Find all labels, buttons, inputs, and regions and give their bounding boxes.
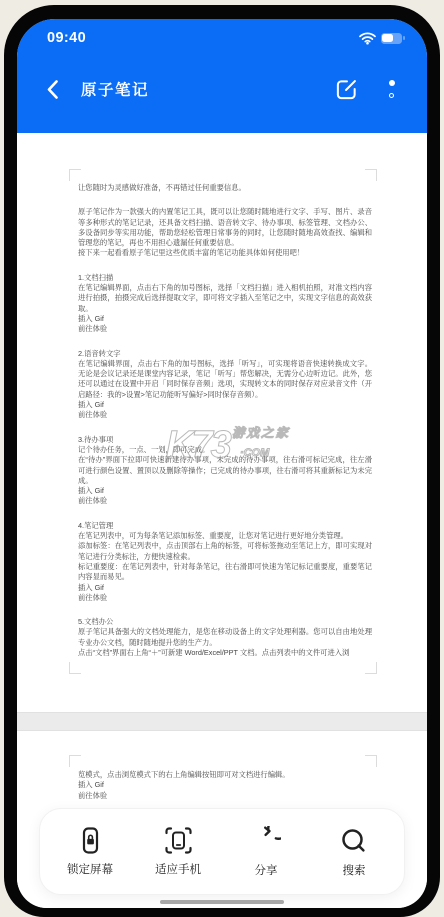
document-viewer[interactable]: 让您随时为灵感做好准备，不再错过任何重要信息。原子笔记作为一款强大的内置笔记工具… xyxy=(17,133,427,908)
nav-bar: 原子笔记 xyxy=(17,73,427,105)
doc-line xyxy=(78,193,372,207)
home-indicator[interactable] xyxy=(160,900,284,904)
toolbar-item-label: 搜索 xyxy=(343,862,366,878)
page-title: 原子笔记 xyxy=(81,78,149,100)
doc-line: 点击“文档”界面右上角“＋”可新建 Word/Excel/PPT 文档。点击列表… xyxy=(78,648,372,658)
page1-margin-mark xyxy=(365,169,377,181)
doc-line: 添加标签：在笔记列表中，点击顶部右上角的标签，可将标签拖动至笔记上方，即可实现对… xyxy=(78,541,372,562)
back-chevron-icon xyxy=(47,80,58,99)
toolbar-item-label: 锁定屏幕 xyxy=(67,861,113,877)
doc-line: 览模式，点击浏览模式下的右上角编辑按钮即可对文档进行编辑。 xyxy=(78,770,372,780)
doc-line: 记个待办任务，一点、一划，即可完成。 xyxy=(78,445,372,455)
page-gap-band xyxy=(17,712,427,731)
page1-margin-mark xyxy=(69,169,81,181)
doc-line: 4.笔记管理 xyxy=(78,521,372,531)
doc-line: 在笔记编辑界面，点击右下角的加号图标，选择「听写」，可实现将语音快速转换成文字。… xyxy=(78,359,372,400)
doc-line: 前往体验 xyxy=(78,496,372,506)
page1-margin-mark xyxy=(69,662,81,674)
doc-line xyxy=(78,335,372,349)
lock-screen-icon xyxy=(76,826,105,855)
battery-nub xyxy=(403,36,405,40)
more-menu-icon xyxy=(389,80,395,86)
wifi-icon xyxy=(359,32,376,45)
doc-line: 接下来一起看看原子笔记里这些优质丰富的笔记功能具体如何使用吧！ xyxy=(78,248,372,258)
doc-line xyxy=(78,421,372,435)
bottom-toolbar: 锁定屏幕 适应手机 分享 xyxy=(39,808,405,895)
doc-line: 插入 Gif xyxy=(78,314,372,324)
toolbar-item-label: 适应手机 xyxy=(155,861,201,877)
edit-note-button[interactable] xyxy=(335,78,358,101)
doc-line: 2.语音转文字 xyxy=(78,349,372,359)
search-button[interactable]: 搜索 xyxy=(310,826,398,878)
doc-line: 1.文档扫描 xyxy=(78,273,372,283)
doc-line xyxy=(78,507,372,521)
more-menu-button[interactable] xyxy=(389,80,395,98)
share-icon xyxy=(251,826,281,856)
doc-line xyxy=(78,259,372,273)
doc-line: 插入 Gif xyxy=(78,400,372,410)
edit-compose-icon xyxy=(335,78,358,101)
page-1: 让您随时为灵感做好准备，不再错过任何重要信息。原子笔记作为一款强大的内置笔记工具… xyxy=(78,183,372,658)
more-menu-icon xyxy=(389,93,394,98)
doc-line: 插入 Gif xyxy=(78,486,372,496)
doc-line: 前往体验 xyxy=(78,593,372,603)
share-button[interactable]: 分享 xyxy=(222,826,310,878)
back-button[interactable] xyxy=(47,80,58,99)
doc-line: 前往体验 xyxy=(78,410,372,420)
lock-screen-button[interactable]: 锁定屏幕 xyxy=(46,826,134,877)
status-icons xyxy=(359,32,402,45)
doc-line: 原子笔记作为一款强大的内置笔记工具，既可以让您随时随地进行文字、手写、图片、录音… xyxy=(78,207,372,248)
doc-line: 让您随时为灵感做好准备，不再错过任何重要信息。 xyxy=(78,183,372,193)
doc-line: 在笔记列表中，可为每条笔记添加标签、重要度，让您对笔记进行更好地分类管理。 xyxy=(78,531,372,541)
page2-margin-mark xyxy=(69,755,81,767)
doc-line: 插入 Gif xyxy=(78,780,372,790)
search-icon xyxy=(339,826,369,856)
battery-fill xyxy=(382,34,393,42)
page1-margin-mark xyxy=(365,662,377,674)
app-header: 09:40 xyxy=(17,19,427,133)
fit-phone-button[interactable]: 适应手机 xyxy=(134,826,222,877)
doc-line: 原子笔记具备强大的文档处理能力，是您在移动设备上的文字处理利器。您可以自由地处理… xyxy=(78,627,372,648)
battery-icon xyxy=(381,33,402,44)
status-time: 09:40 xyxy=(47,30,86,46)
status-bar: 09:40 xyxy=(17,19,427,46)
doc-line: 在笔记编辑界面，点击右下角的加号图标，选择「文档扫描」进入相机拍照，对准文档内容… xyxy=(78,283,372,314)
doc-line: 3.待办事项 xyxy=(78,435,372,445)
doc-line xyxy=(78,603,372,617)
doc-line: 前往体验 xyxy=(78,324,372,334)
doc-line: 前往体验 xyxy=(78,791,372,801)
toolbar-item-label: 分享 xyxy=(255,862,278,878)
doc-line: 5.文档办公 xyxy=(78,617,372,627)
nav-actions xyxy=(335,78,395,101)
phone-frame: 09:40 xyxy=(4,5,440,917)
doc-line: 插入 Gif xyxy=(78,583,372,593)
phone-screen: 09:40 xyxy=(17,19,427,908)
fit-phone-icon xyxy=(164,826,193,855)
doc-line: 标记重要度：在笔记列表中，针对每条笔记，往右滑即可快速为笔记标记重要度，重要笔记… xyxy=(78,562,372,583)
page2-margin-mark xyxy=(365,755,377,767)
page-2: 览模式，点击浏览模式下的右上角编辑按钮即可对文档进行编辑。插入 Gif前往体验 xyxy=(78,770,372,801)
doc-line: 在“待办”界面下拉即可快速新建待办事项，未完成的待办事项，往右滑可标记完成，往左… xyxy=(78,455,372,486)
